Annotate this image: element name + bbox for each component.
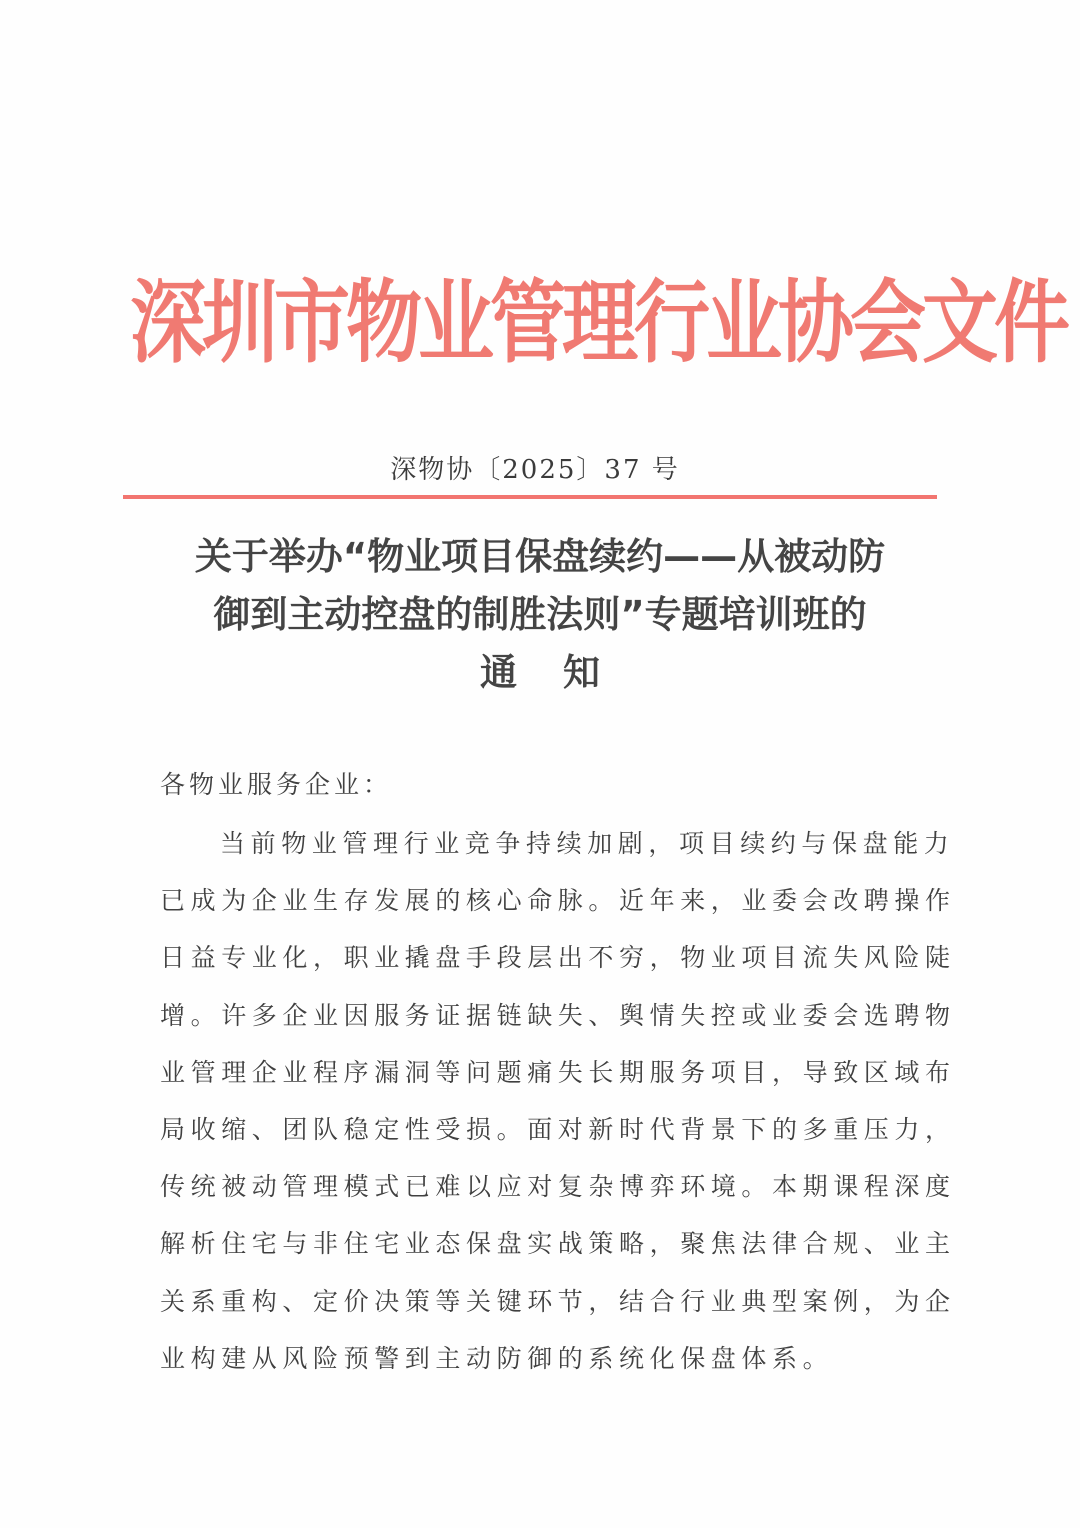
body-line: 业管理企业程序漏洞等问题痛失长期服务项目，导致区域布 bbox=[160, 1044, 920, 1101]
title-line-1: 关于举办“物业项目保盘续约——从被动防 bbox=[140, 528, 940, 586]
notice-title: 关于举办“物业项目保盘续约——从被动防 御到主动控盘的制胜法则”专题培训班的 通… bbox=[140, 528, 940, 702]
body-line: 已成为企业生存发展的核心命脉。近年来，业委会改聘操作 bbox=[160, 872, 920, 929]
salutation: 各物业服务企业： bbox=[160, 765, 392, 805]
body-line: 增。许多企业因服务证据链缺失、舆情失控或业委会选聘物 bbox=[160, 987, 920, 1044]
body-line: 传统被动管理模式已难以应对复杂博弈环境。本期课程深度 bbox=[160, 1158, 920, 1215]
body-line: 业构建从风险预警到主动防御的系统化保盘体系。 bbox=[160, 1330, 920, 1387]
document-number: 深物协〔2025〕37 号 bbox=[0, 450, 1070, 490]
issuer-masthead: 深圳市物业管理行业协会文件 bbox=[130, 258, 950, 388]
title-line-3: 通知 bbox=[140, 644, 940, 702]
body-line: 局收缩、团队稳定性受损。面对新时代背景下的多重压力， bbox=[160, 1101, 920, 1158]
body-line: 解析住宅与非住宅业态保盘实战策略，聚焦法律合规、业主 bbox=[160, 1215, 920, 1272]
body-line: 当前物业管理行业竞争持续加剧，项目续约与保盘能力 bbox=[160, 815, 920, 872]
body-paragraph: 当前物业管理行业竞争持续加剧，项目续约与保盘能力 已成为企业生存发展的核心命脉。… bbox=[160, 815, 920, 1387]
body-line: 关系重构、定价决策等关键环节，结合行业典型案例，为企 bbox=[160, 1273, 920, 1330]
title-line-2: 御到主动控盘的制胜法则”专题培训班的 bbox=[140, 586, 940, 644]
body-line: 日益专业化，职业撬盘手段层出不穷，物业项目流失风险陡 bbox=[160, 929, 920, 986]
red-divider-line bbox=[123, 495, 937, 499]
document-page: 深圳市物业管理行业协会文件 深物协〔2025〕37 号 关于举办“物业项目保盘续… bbox=[0, 0, 1080, 1528]
